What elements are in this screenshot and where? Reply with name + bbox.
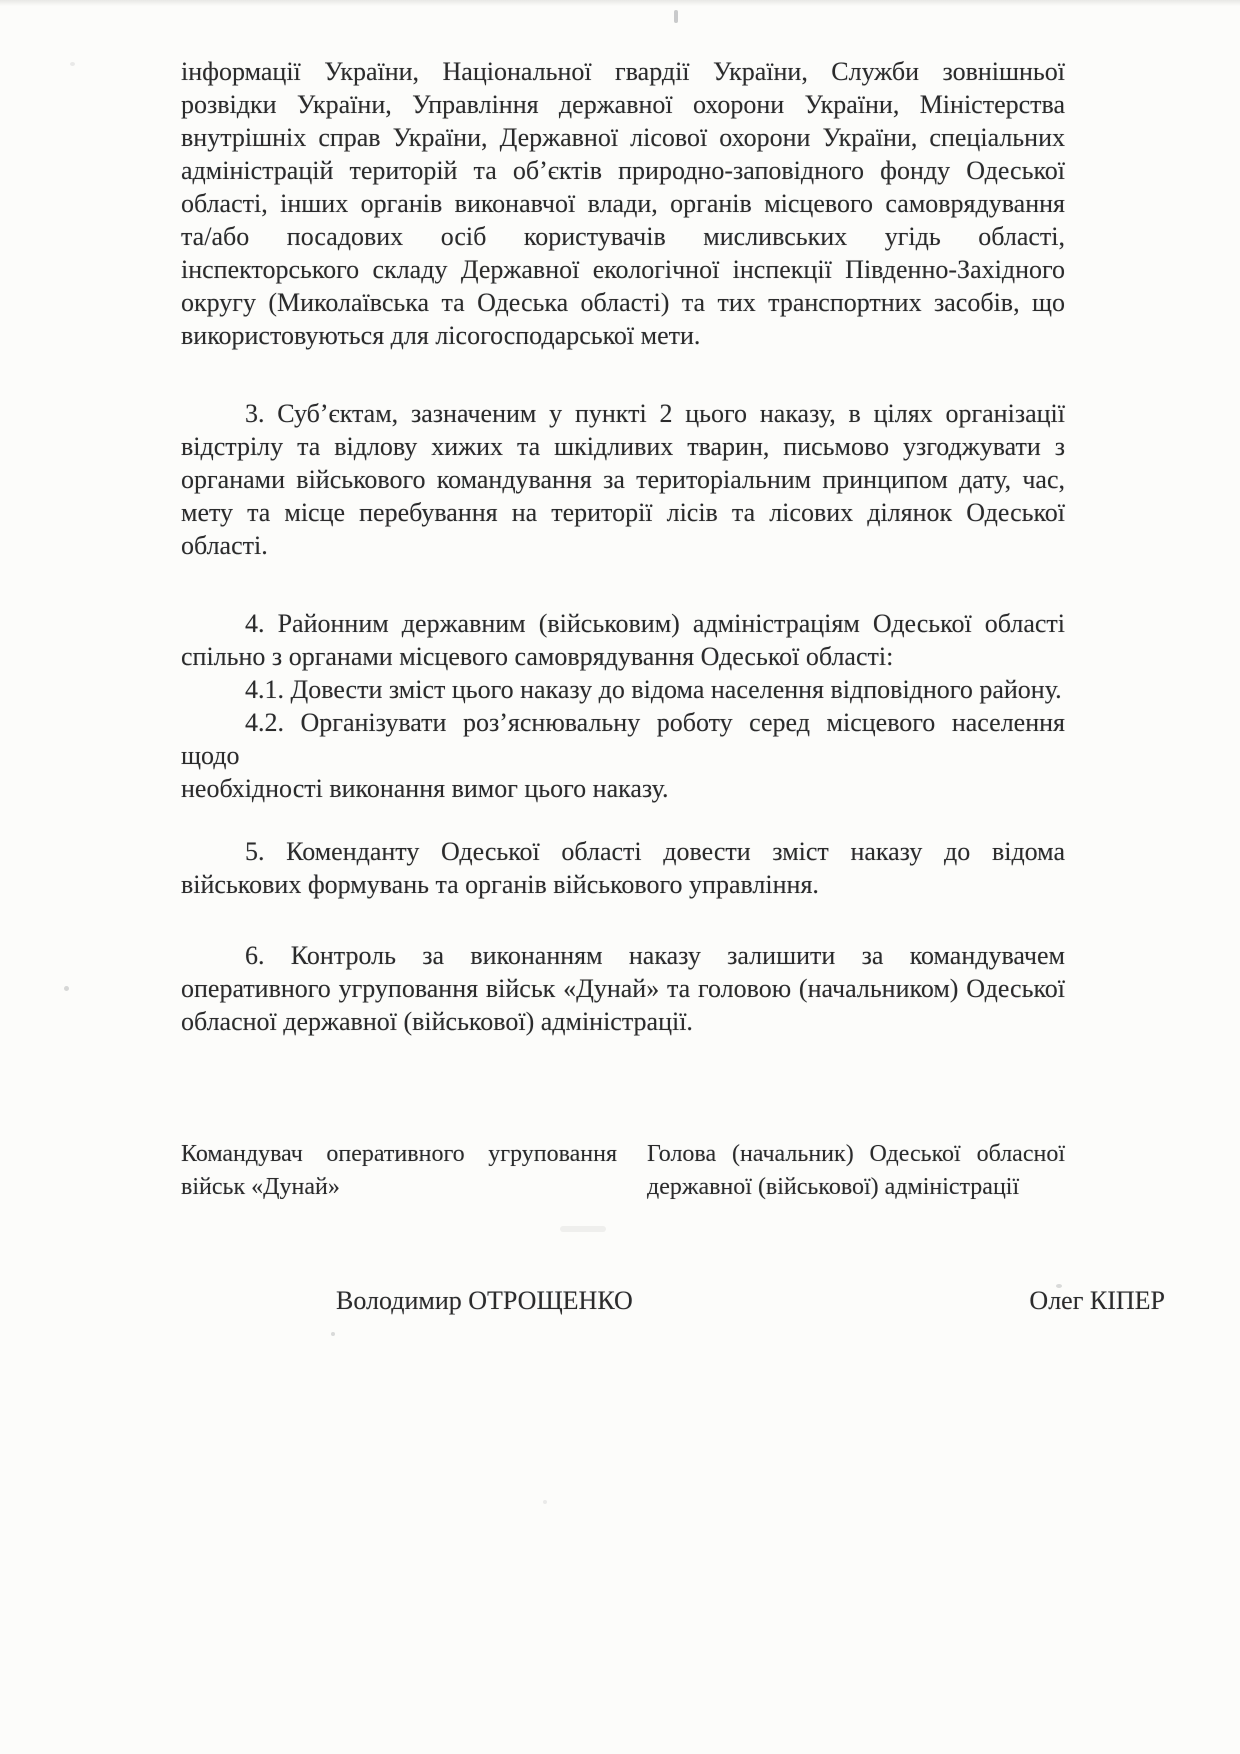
paragraph-6: 6. Контроль за виконанням наказу залишит… (181, 939, 1065, 1038)
text-line: області. (181, 529, 1065, 562)
text-line: інспекторського складу Державної екологі… (181, 253, 1065, 286)
text-line: розвідки України, Управління державної о… (181, 88, 1065, 121)
text-line: обласної державної (військової) адмініст… (181, 1005, 1065, 1038)
paragraph-3: 3. Суб’єктам, зазначеним у пункті 2 цьог… (181, 397, 1065, 562)
signature-name-right: Олег КІПЕР (1029, 1284, 1165, 1317)
text-line: 4. Районним державним (військовим) адмін… (181, 607, 1065, 640)
paragraph-4-1: 4.1. Довести зміст цього наказу до відом… (181, 673, 1065, 706)
text-line: та/або посадових осіб користувачів мисли… (181, 220, 1065, 253)
text-line: органами військового командування за тер… (181, 463, 1065, 496)
signature-name-left: Володимир ОТРОЩЕНКО (336, 1284, 633, 1317)
text-line: використовуються для лісогосподарської м… (181, 319, 1065, 352)
text-line: 4.2. Організувати роз’яснювальну роботу … (181, 706, 1065, 772)
text-line: спільно з органами місцевого самоврядува… (181, 640, 1065, 673)
document-body: інформації України, Національної гвардії… (181, 55, 1065, 1317)
text-line: оперативного угруповання військ «Дунай» … (181, 972, 1065, 1005)
text-line: 5. Коменданту Одеської області довести з… (181, 835, 1065, 868)
text-line: військових формувань та органів військов… (181, 868, 1065, 901)
text-line: Голова (начальник) Одеської обласної (647, 1138, 1065, 1171)
scan-speck (331, 1332, 335, 1336)
scan-speck (64, 986, 69, 991)
scan-speck (543, 1500, 547, 1504)
scan-speck (70, 62, 75, 66)
signature-title-right: Голова (начальник) Одеської обласноїдерж… (647, 1138, 1065, 1204)
paragraph-5: 5. Коменданту Одеської області довести з… (181, 835, 1065, 901)
text-line: військ «Дунай» (181, 1171, 617, 1204)
signature-title-left: Командувач оперативного угрупованнявійсь… (181, 1138, 617, 1204)
text-line: інформації України, Національної гвардії… (181, 55, 1065, 88)
paragraph-4-2: 4.2. Організувати роз’яснювальну роботу … (181, 706, 1065, 805)
text-line: області, інших органів виконавчої влади,… (181, 187, 1065, 220)
text-line: 3. Суб’єктам, зазначеним у пункті 2 цьог… (181, 397, 1065, 430)
signature-names-row: Володимир ОТРОЩЕНКО Олег КІПЕР (181, 1284, 1065, 1317)
paragraph-continuation: інформації України, Національної гвардії… (181, 55, 1065, 352)
text-line: мету та місце перебування на території л… (181, 496, 1065, 529)
text-line: 6. Контроль за виконанням наказу залишит… (181, 939, 1065, 972)
text-line: відстрілу та відлову хижих та шкідливих … (181, 430, 1065, 463)
text-line: Командувач оперативного угруповання (181, 1138, 617, 1171)
text-line: 4.1. Довести зміст цього наказу до відом… (181, 673, 1065, 706)
scanned-document-page: інформації України, Національної гвардії… (0, 0, 1240, 1754)
text-line: державної (військової) адміністрації (647, 1171, 1065, 1204)
scan-speck (674, 10, 678, 23)
text-line: округу (Миколаївська та Одеська області)… (181, 286, 1065, 319)
text-line: необхідності виконання вимог цього наказ… (181, 772, 1065, 805)
signature-titles-row: Командувач оперативного угрупованнявійсь… (181, 1138, 1065, 1204)
paragraph-4: 4. Районним державним (військовим) адмін… (181, 607, 1065, 673)
text-line: внутрішніх справ України, Державної лісо… (181, 121, 1065, 154)
text-line: адміністрацій територій та об’єктів прир… (181, 154, 1065, 187)
